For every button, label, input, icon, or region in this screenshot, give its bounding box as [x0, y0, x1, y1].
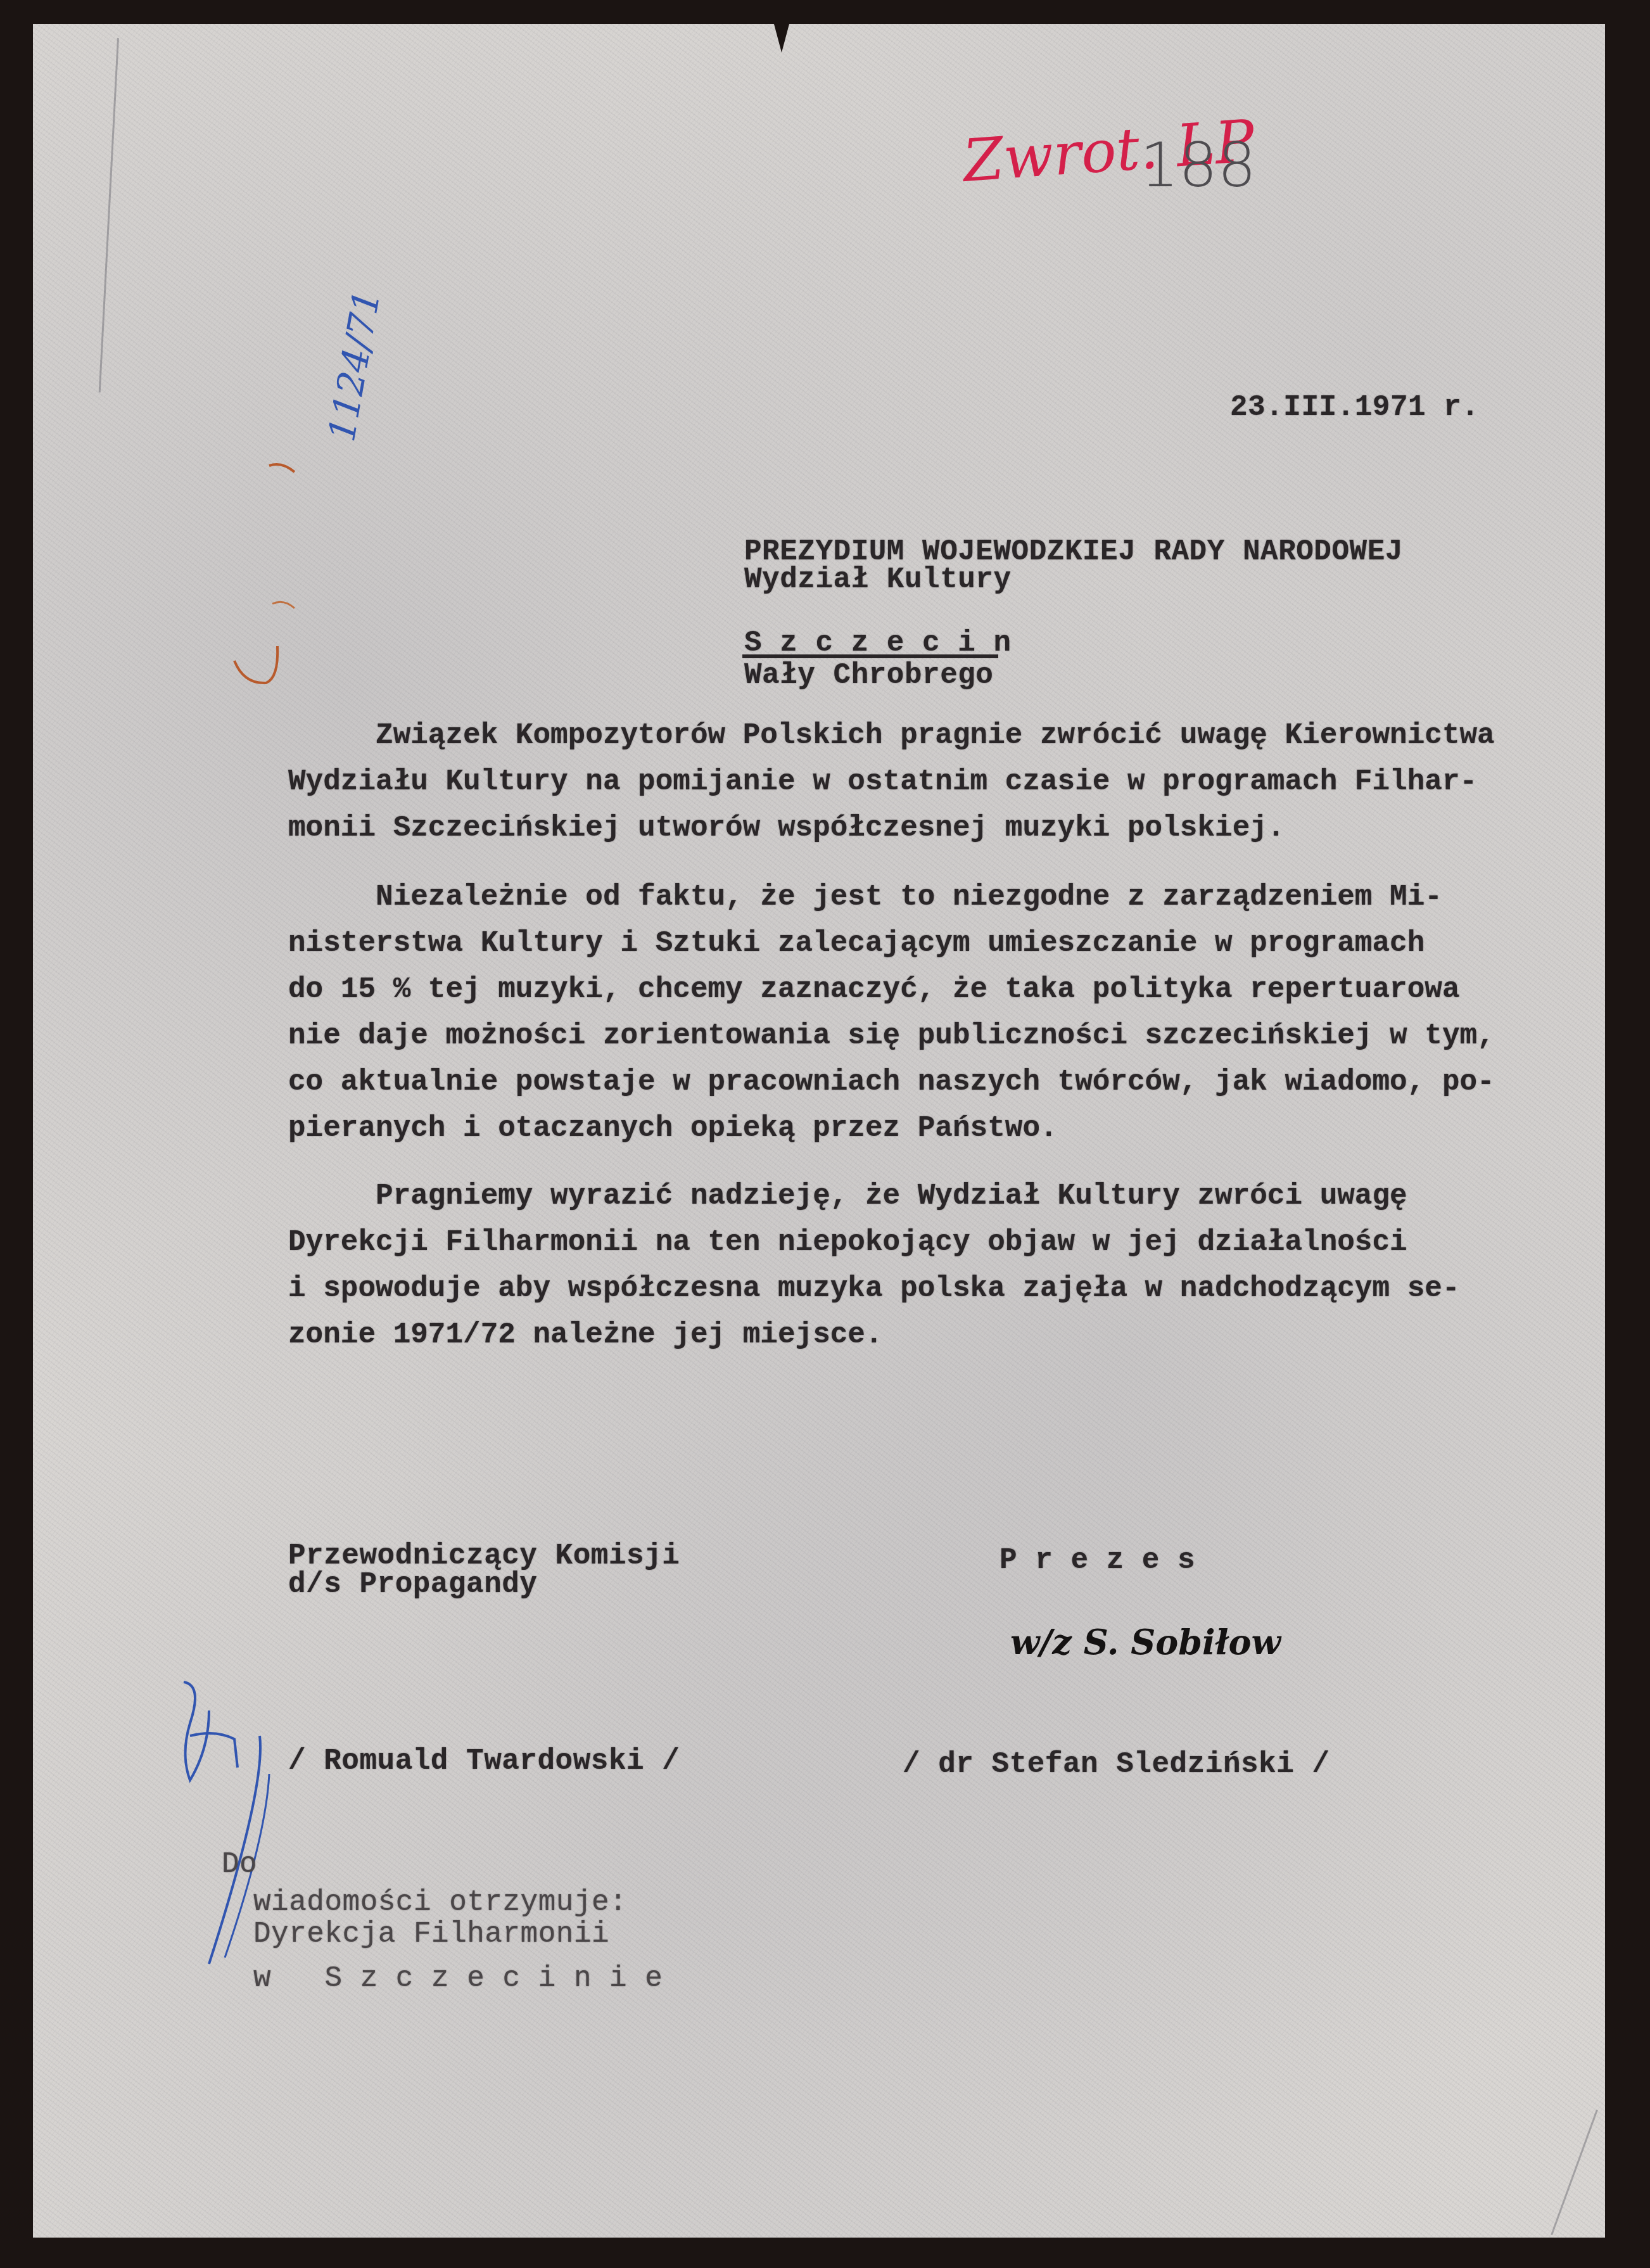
body-paragraph-2: Niezależnie od faktu, że jest to niezgod…: [288, 881, 1587, 1158]
addressee-street: Wały Chrobrego: [744, 661, 993, 690]
body-line: Pragniemy wyrazić nadzieję, że Wydział K…: [288, 1180, 1587, 1226]
right-handwritten-signature: w/z S. Sobiłow: [1010, 1622, 1281, 1662]
body-paragraph-1: Związek Kompozytorów Polskich pragnie zw…: [288, 719, 1587, 858]
addressee-city: S z c z e c i n: [744, 628, 1012, 658]
distribution-label: Do: [222, 1850, 257, 1879]
body-line: nisterstwa Kultury i Sztuki zalecającym …: [288, 927, 1587, 973]
body-line: Dyrekcji Filharmonii na ten niepokojący …: [288, 1226, 1587, 1272]
body-line: monii Szczecińskiej utworów współczesnej…: [288, 812, 1587, 858]
body-line: co aktualnie powstaje w pracowniach nasz…: [288, 1066, 1587, 1112]
distribution-line-3: w S z c z e c i n i e: [253, 1964, 663, 1993]
addressee-department: Wydział Kultury: [744, 565, 1012, 594]
blue-signature-stroke: [184, 1682, 209, 1780]
left-signatory-title: Przewodniczący Komisji: [288, 1541, 680, 1570]
body-line: zonie 1971/72 należne jej miejsce.: [288, 1318, 1587, 1365]
body-line: Związek Kompozytorów Polskich pragnie zw…: [288, 719, 1587, 765]
left-signatory-name: / Romuald Twardowski /: [288, 1747, 680, 1776]
left-signatory-subtitle: d/s Propagandy: [288, 1570, 537, 1599]
body-line: i spowoduje aby współczesna muzyka polsk…: [288, 1272, 1587, 1318]
body-line: Niezależnie od faktu, że jest to niezgod…: [288, 881, 1587, 927]
body-line: do 15 % tej muzyki, chcemy zaznaczyć, że…: [288, 973, 1587, 1019]
body-line: Wydziału Kultury na pomijanie w ostatnim…: [288, 765, 1587, 812]
city-underline: [742, 654, 998, 658]
right-signatory-title: P r e z e s: [1000, 1546, 1195, 1575]
distribution-line-1: wiadomości otrzymuje:: [253, 1888, 627, 1917]
addressee-institution: PREZYDIUM WOJEWODZKIEJ RADY NARODOWEJ: [744, 537, 1403, 566]
body-paragraph-3: Pragniemy wyrazić nadzieję, że Wydział K…: [288, 1180, 1587, 1365]
distribution-line-2: Dyrekcja Filharmonii: [253, 1920, 609, 1949]
body-line: nie daje możności zorientowania się publ…: [288, 1019, 1587, 1066]
letter-date: 23.III.1971 r.: [1230, 393, 1479, 422]
body-line: pieranych i otaczanych opieką przez Pańs…: [288, 1112, 1587, 1158]
right-signatory-name: / dr Stefan Sledziński /: [903, 1750, 1330, 1779]
